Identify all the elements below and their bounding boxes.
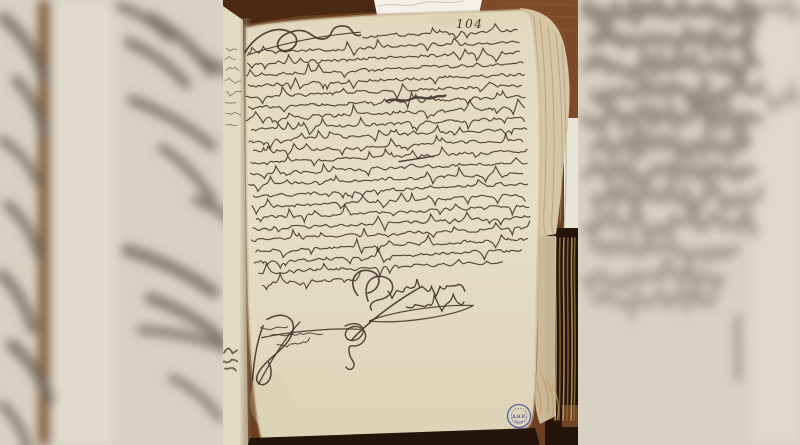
folio-number: 104 [456, 17, 483, 31]
backdrop-light-band [52, 0, 114, 445]
manuscript-photo: 104 A.H.P. [223, 0, 578, 445]
wood-lit-strip [562, 405, 578, 427]
blurry-descender [737, 318, 739, 378]
stamp-text: A.H.P. [512, 414, 526, 419]
archive-stamp: A.H.P. [508, 405, 531, 428]
manuscript-page [246, 10, 541, 441]
screenshot-root: 104 A.H.P. [0, 0, 800, 445]
